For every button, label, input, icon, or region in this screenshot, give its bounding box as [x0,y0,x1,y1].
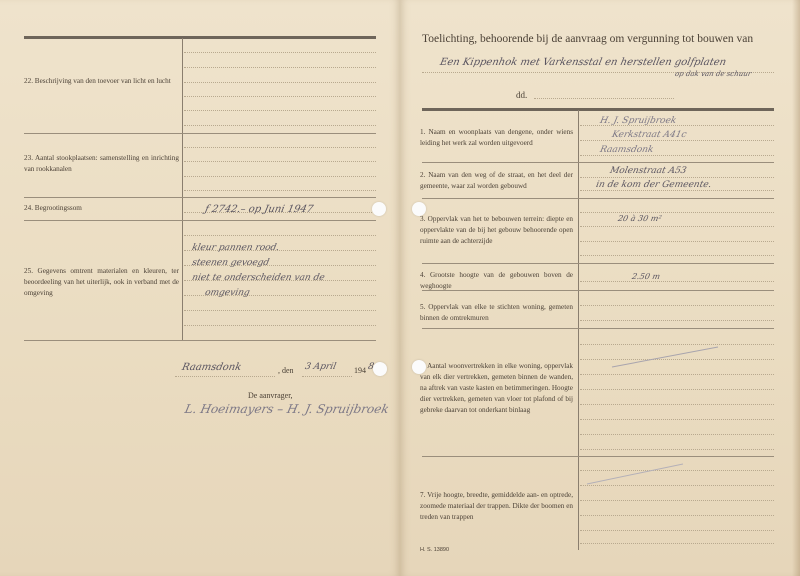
item-3-label: 3. Oppervlak van het te bebouwen terrein… [420,214,573,247]
row-divider [24,133,376,134]
item-22-label: 22. Beschrijving van den toevoer van lic… [24,76,179,87]
item-4-label: 4. Grootste hoogte van de gebouwen boven… [420,270,573,292]
punch-hole [372,202,386,216]
answer-line [580,140,774,141]
form-code: H. S. 13890 [420,547,449,553]
answer-line [184,82,376,83]
item-23-label: 23. Aantal stookplaatsen: samenstelling … [24,153,179,175]
item-1-answer-line-3: Raamsdonk [599,145,654,155]
answer-line [184,110,376,111]
answer-line [580,530,774,531]
signature-place: Raamsdonk [181,362,243,373]
row-divider [422,162,774,163]
row-divider [422,328,774,329]
row-divider [422,198,774,199]
answer-line [184,325,376,326]
answer-line [184,52,376,53]
row-divider [24,197,376,198]
answer-line [184,147,376,148]
answer-line [580,500,774,501]
page-title: Toelichting, behoorende bij de aanvraag … [422,33,753,45]
punch-hole [412,202,426,216]
item-2-answer-line-1: Molenstraat A53 [609,166,687,176]
item-5-label: 5. Oppervlak van elke te stichten woning… [420,302,573,324]
item-24-label: 24. Begrootingssom [24,203,179,214]
item-2-label: 2. Naam van den weg of de straat, en het… [420,170,573,192]
item-25-label: 25. Gegevens omtrent materialen en kleur… [24,266,179,299]
answer-line [184,176,376,177]
applicant-label: De aanvrager, [248,391,293,400]
item-4-answer: 2.50 m [631,272,661,281]
column-divider [182,38,183,340]
answer-line [580,155,774,156]
strike-mark [610,345,720,370]
answer-line [580,419,774,420]
dd-line [534,98,674,99]
item-25-answer-line-3: niet te onderscheiden van de [191,273,326,283]
item-1-answer-line-1: H. J. Spruijbroek [599,116,677,126]
answer-line [580,241,774,242]
item-25-answer-line-4: omgeving [204,288,251,298]
item-2-answer-line-2: in de kom der Gemeente. [595,180,712,190]
item-24-answer: ƒ 2742.– op Juni 1947 [204,204,314,215]
dd-label: dd. [516,90,527,100]
answer-line [580,226,774,227]
row-divider [24,220,376,221]
punch-hole [412,360,426,374]
row-divider [422,263,774,264]
item-6-label: 6. Aantal woonvertrekken in elke woning,… [420,361,573,416]
answer-line [580,543,774,544]
answer-line [184,235,376,236]
date-line [302,376,352,377]
project-description-line-2: op dak van de schuur [674,70,752,78]
answer-line [184,125,376,126]
item-25-answer-line-1: kleur pannen rood. [191,243,280,253]
item-25-answer-line-2: steenen gevoegd [191,258,270,268]
answer-line [580,449,774,450]
answer-line [580,374,774,375]
place-line [175,376,275,377]
item-3-answer: 20 à 30 m² [617,214,662,223]
answer-line [580,515,774,516]
year-prefix: 194 [354,366,366,375]
answer-line [580,305,774,306]
answer-line [580,177,774,178]
signature-date: 3 April [304,362,337,372]
row-divider [422,456,774,457]
answer-line [184,67,376,68]
left-page: 22. Beschrijving van den toevoer van lic… [0,0,400,576]
answer-line [580,320,774,321]
top-rule [422,108,774,111]
answer-line [580,281,774,282]
strike-mark [585,462,685,487]
applicant-signature: L. Hoeimayers – H. J. Spruijbroek [184,402,391,416]
answer-line [580,434,774,435]
row-divider [24,340,376,341]
answer-line [184,310,376,311]
page-edge [792,0,800,576]
den-label: , den [278,366,294,375]
punch-hole [373,362,387,376]
top-rule [24,36,376,39]
column-divider [578,110,579,550]
item-7-label: 7. Vrije hoogte, breedte, gemiddelde aan… [420,490,573,523]
answer-line [580,255,774,256]
item-1-answer-line-2: Kerkstraat A41c [611,130,687,140]
answer-line [580,389,774,390]
project-description-line-1: Een Kippenhok met Varkensstal en herstel… [439,57,727,68]
answer-line [580,212,774,213]
answer-line [580,190,774,191]
answer-line [184,96,376,97]
answer-line [580,404,774,405]
answer-line [184,190,376,191]
right-page: Toelichting, behoorende bij de aanvraag … [400,0,800,576]
answer-line [184,161,376,162]
item-1-label: 1. Naam en woonplaats van dengene, onder… [420,127,573,149]
